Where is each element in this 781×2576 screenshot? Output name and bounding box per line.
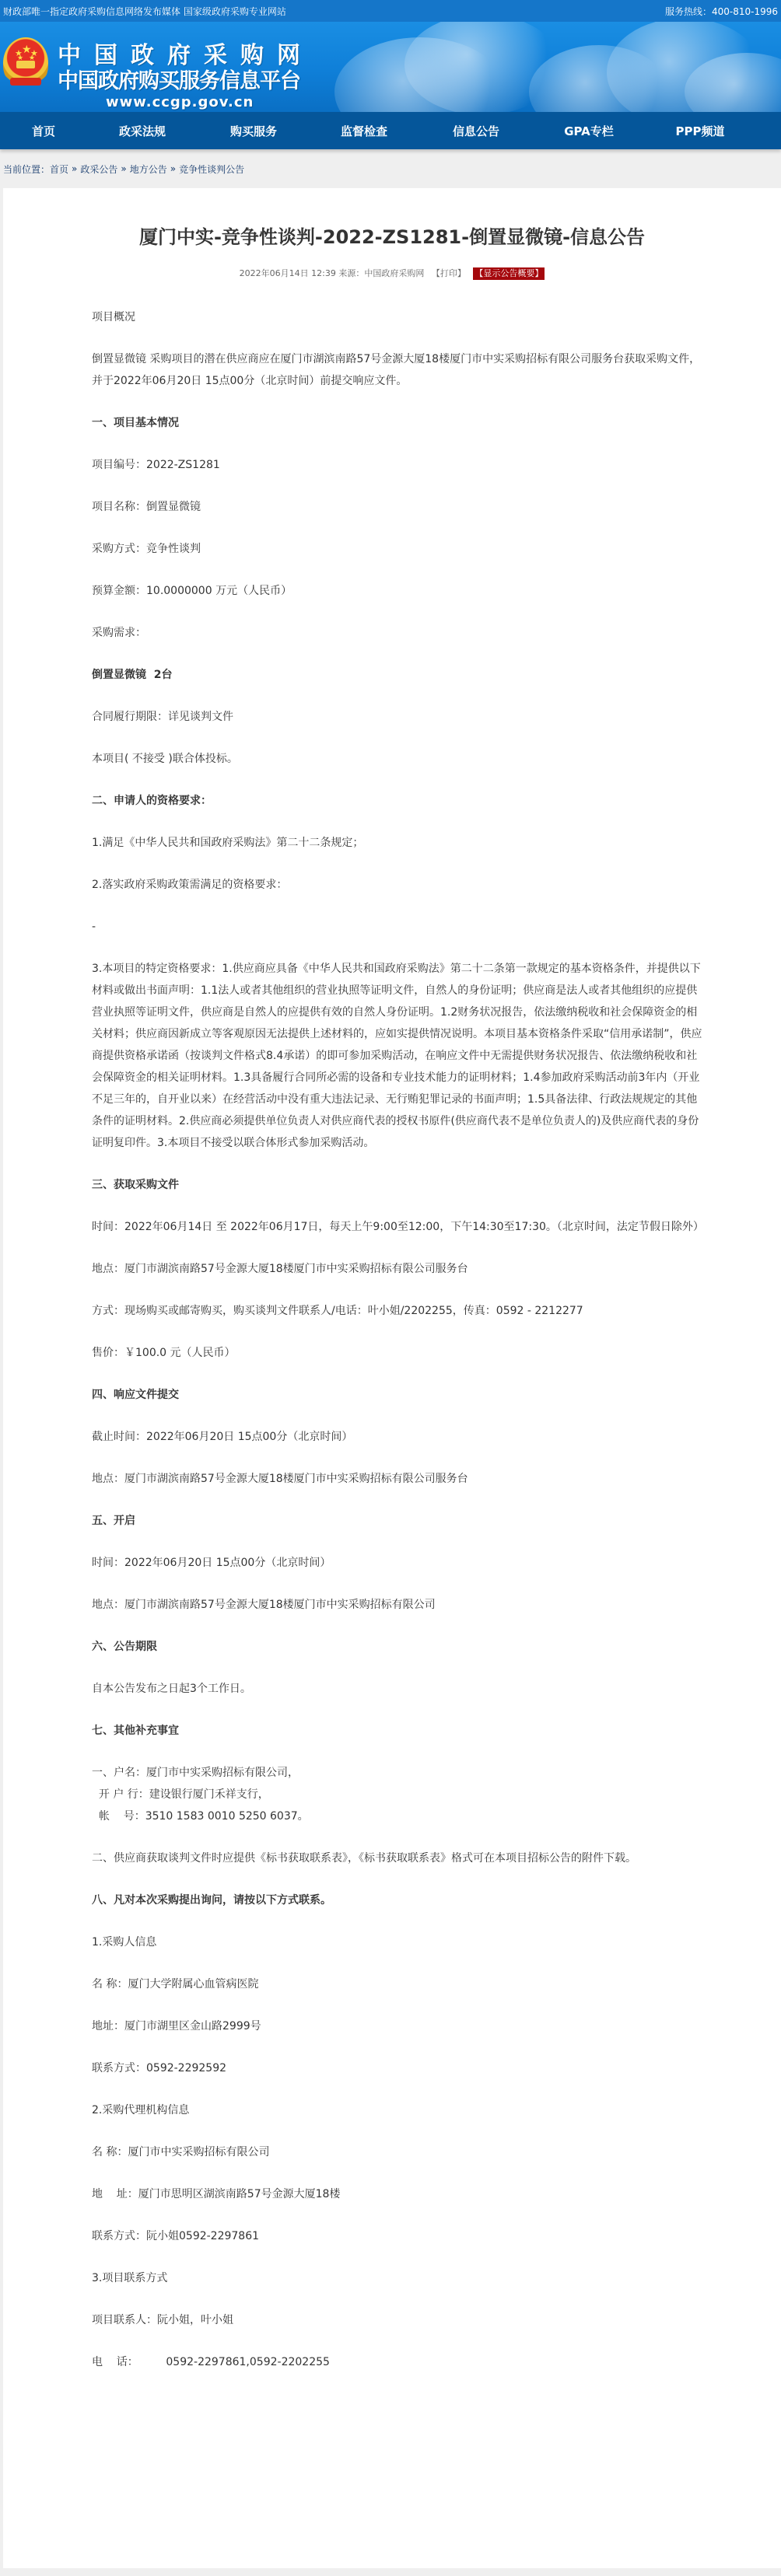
publish-info: 2022年06月14日 12:39 来源：中国政府采购网: [240, 268, 425, 278]
section-heading: 四、响应文件提交: [92, 1384, 706, 1406]
section-heading: 七、其他补充事宜: [92, 1720, 706, 1742]
main-nav: 首页 政采法规 购买服务 监督检查 信息公告 GPA专栏 PPP频道: [0, 112, 781, 149]
breadcrumb-current[interactable]: 竞争性谈判公告: [179, 163, 244, 176]
national-emblem-icon: ★ ★ ★ ★ ★: [3, 37, 48, 89]
doc-place: 地点：厦门市湖滨南路57号金源大厦18楼厦门市中实采购招标有限公司服务台: [92, 1258, 706, 1280]
nav-item-gpa[interactable]: GPA专栏: [534, 123, 644, 139]
article-body: 项目概况 倒置显微镜 采购项目的潜在供应商应在厦门市湖滨南路57号金源大厦18楼…: [92, 306, 706, 2373]
opening-place: 地点：厦门市湖滨南路57号金源大厦18楼厦门市中实采购招标有限公司: [92, 1594, 706, 1616]
nav-item-purchase-services[interactable]: 购买服务: [198, 123, 310, 139]
project-contact-label: 3.项目联系方式: [92, 2267, 706, 2289]
buyer-name: 名 称：厦门大学附属心血管病医院: [92, 1973, 706, 1995]
site-banner: ★ ★ ★ ★ ★ 中国政府采购网 中国政府购买服务信息平台 www.ccgp.…: [0, 22, 781, 112]
overview-label: 项目概况: [92, 306, 706, 328]
overview-text: 倒置显微镜 采购项目的潜在供应商应在厦门市湖滨南路57号金源大厦18楼厦门市中实…: [92, 348, 706, 392]
bank-name: 开 户 行：建设银行厦门禾祥支行，: [92, 1784, 706, 1805]
contract-period: 合同履行期限：详见谈判文件: [92, 706, 706, 728]
breadcrumb-announcements[interactable]: 政采公告: [80, 163, 117, 176]
print-link[interactable]: 【打印】: [432, 268, 466, 278]
supplementary-note: 二、供应商获取谈判文件时应提供《标书获取联系表》，《标书获取联系表》格式可在本项…: [92, 1847, 706, 1869]
section-heading: 一、项目基本情况: [92, 412, 706, 434]
nav-item-home[interactable]: 首页: [0, 123, 87, 139]
article-container: 厦门中实-竞争性谈判-2022-ZS1281-倒置显微镜-信息公告 2022年0…: [3, 188, 781, 2568]
requirement-1: 1.满足《中华人民共和国政府采购法》第二十二条规定；: [92, 832, 706, 854]
breadcrumb-separator: »: [121, 163, 126, 174]
project-number: 项目编号：2022-ZS1281: [92, 454, 706, 476]
breadcrumb: 当前位置： 首页 » 政采公告 » 地方公告 » 竞争性谈判公告: [0, 149, 781, 188]
doc-time: 时间：2022年06月14日 至 2022年06月17日，每天上午9:00至12…: [92, 1216, 706, 1238]
show-summary-button[interactable]: 【显示公告概要】: [473, 267, 545, 280]
article-meta: 2022年06月14日 12:39 来源：中国政府采购网 【打印】 【显示公告概…: [3, 267, 781, 280]
breadcrumb-local[interactable]: 地方公告: [130, 163, 167, 176]
section-heading: 八、凡对本次采购提出询问，请按以下方式联系。: [92, 1889, 706, 1911]
requirement-2-value: -: [92, 916, 706, 938]
section-heading: 五、开启: [92, 1510, 706, 1532]
doc-price: 售价：￥100.0 元（人民币）: [92, 1342, 706, 1364]
breadcrumb-separator: »: [72, 163, 77, 174]
nav-item-announcements[interactable]: 信息公告: [419, 123, 534, 139]
nav-item-ppp[interactable]: PPP频道: [644, 123, 756, 139]
agency-name: 名 称：厦门市中实采购招标有限公司: [92, 2141, 706, 2163]
buyer-label: 1.采购人信息: [92, 1931, 706, 1953]
budget-amount: 预算金额：10.0000000 万元（人民币）: [92, 580, 706, 602]
account-name: 一、户名：厦门市中实采购招标有限公司，: [92, 1762, 706, 1784]
breadcrumb-home[interactable]: 首页: [50, 163, 68, 176]
notice-period: 自本公告发布之日起3个工作日。: [92, 1678, 706, 1700]
buyer-contact: 联系方式：0592-2292592: [92, 2057, 706, 2079]
agency-contact: 联系方式：阮小姐0592-2297861: [92, 2225, 706, 2247]
site-name: 中国政府采购网: [58, 42, 313, 70]
buyer-address: 地址：厦门市湖里区金山路2999号: [92, 2015, 706, 2037]
requirement-3: 3.本项目的特定资格要求：1.供应商应具备《中华人民共和国政府采购法》第二十二条…: [92, 958, 706, 1154]
service-hotline: 服务热线：400-810-1996: [665, 5, 778, 18]
demand-label: 采购需求：: [92, 622, 706, 644]
consortium-note: 本项目( 不接受 )联合体投标。: [92, 748, 706, 770]
submit-deadline: 截止时间：2022年06月20日 15点00分（北京时间）: [92, 1426, 706, 1448]
project-contact-person: 项目联系人：阮小姐，叶小姐: [92, 2309, 706, 2331]
opening-time: 时间：2022年06月20日 15点00分（北京时间）: [92, 1552, 706, 1574]
agency-label: 2.采购代理机构信息: [92, 2099, 706, 2121]
site-subname: 中国政府购买服务信息平台: [58, 70, 313, 93]
account-number: 帐 号：3510 1583 0010 5250 6037。: [92, 1805, 706, 1827]
site-slogan: 财政部唯一指定政府采购信息网络发布媒体 国家级政府采购专业网站: [3, 5, 286, 18]
site-logo-link[interactable]: 中国政府采购网 中国政府购买服务信息平台 www.ccgp.gov.cn: [58, 42, 313, 112]
section-heading: 三、获取采购文件: [92, 1174, 706, 1196]
submit-place: 地点：厦门市湖滨南路57号金源大厦18楼厦门市中实采购招标有限公司服务台: [92, 1468, 706, 1490]
section-heading: 二、申请人的资格要求：: [92, 790, 706, 812]
breadcrumb-separator: »: [170, 163, 176, 174]
demand-item: 倒置显微镜 2台: [92, 664, 706, 686]
top-bar: 财政部唯一指定政府采购信息网络发布媒体 国家级政府采购专业网站 服务热线：400…: [0, 0, 781, 22]
requirement-2: 2.落实政府采购政策需满足的资格要求：: [92, 874, 706, 896]
project-phone: 电 话： 0592-2297861,0592-2202255: [92, 2351, 706, 2373]
article-title: 厦门中实-竞争性谈判-2022-ZS1281-倒置显微镜-信息公告: [3, 224, 781, 250]
agency-address: 地 址：厦门市思明区湖滨南路57号金源大厦18楼: [92, 2183, 706, 2205]
project-name: 项目名称：倒置显微镜: [92, 496, 706, 518]
breadcrumb-prefix: 当前位置：: [3, 163, 50, 176]
doc-method: 方式：现场购买或邮寄购买，购买谈判文件联系人/电话：叶小姐/2202255，传真…: [92, 1300, 706, 1322]
procurement-method: 采购方式：竞争性谈判: [92, 538, 706, 560]
section-heading: 六、公告期限: [92, 1636, 706, 1658]
site-url: www.ccgp.gov.cn: [58, 93, 313, 112]
nav-item-supervision[interactable]: 监督检查: [310, 123, 419, 139]
nav-item-regulations[interactable]: 政采法规: [87, 123, 198, 139]
